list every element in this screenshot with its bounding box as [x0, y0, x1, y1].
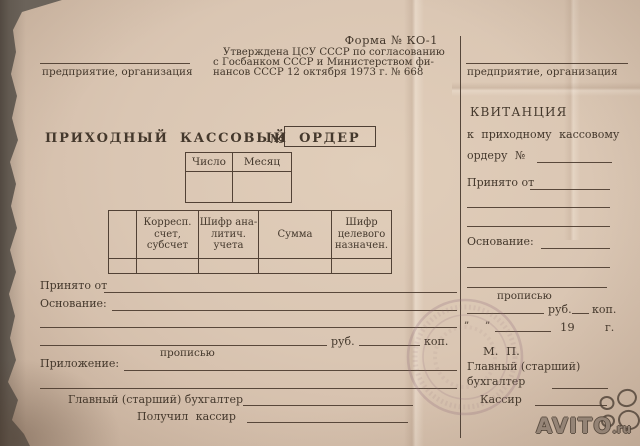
corner-shadow: [0, 352, 130, 446]
scanned-document: предприятие, организация Форма № КО-1 Ут…: [0, 0, 640, 446]
